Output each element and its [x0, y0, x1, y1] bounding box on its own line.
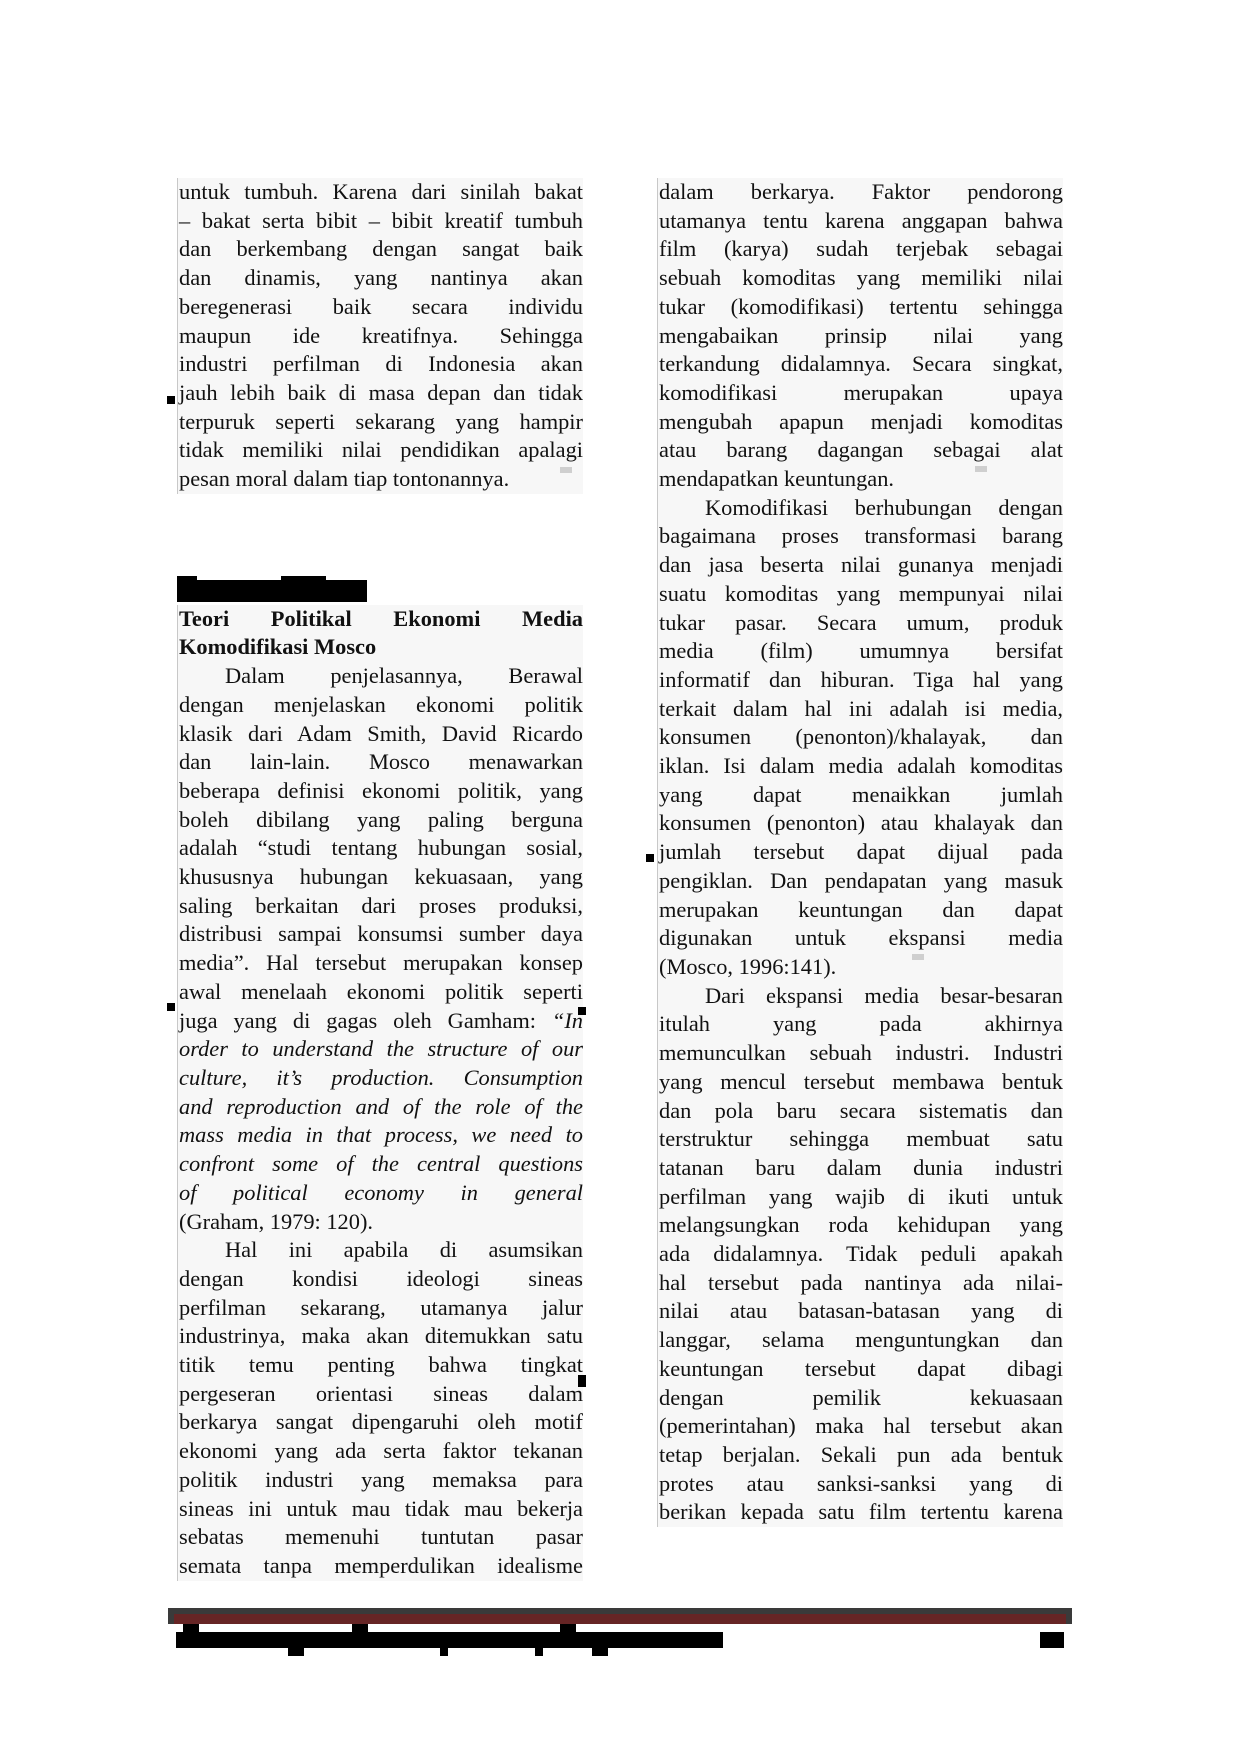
text-line: mengabaikan prinsip nilai yang — [659, 322, 1063, 351]
quote-intro: juga yang di gagas oleh Gamham: — [179, 1008, 552, 1033]
heading-line: Komodifikasi Mosco — [179, 633, 583, 662]
text-line: berkarya sangat dipengaruhi oleh motif — [179, 1408, 583, 1437]
section-spacer — [177, 494, 583, 580]
text-line: konsumen (penonton)/khalayak, dan — [659, 723, 1063, 752]
redaction-block — [560, 1624, 576, 1632]
anchor-marker — [167, 396, 175, 404]
text-line: komodifikasi merupakan upaya — [659, 379, 1063, 408]
text-line: ekonomi yang ada serta faktor tekanan — [179, 1437, 583, 1466]
text-line: merupakan keuntungan dan dapat — [659, 896, 1063, 925]
text-line: Dalam penjelasannya, Berawal — [179, 662, 583, 691]
footer-rule — [168, 1608, 1072, 1624]
anchor-marker — [578, 1375, 586, 1387]
quote-line: culture, it’s production. Consumption — [179, 1064, 583, 1093]
redaction-block — [592, 1648, 608, 1656]
text-line: untuk tumbuh. Karena dari sinilah bakat — [179, 178, 583, 207]
text-line: – bakat serta bibit – bibit kreatif tumb… — [179, 207, 583, 236]
text-line: terstruktur sehingga membuat satu — [659, 1125, 1063, 1154]
text-line: hal tersebut pada nantinya ada nilai- — [659, 1269, 1063, 1298]
text-line: dengan pemilik kekuasaan — [659, 1384, 1063, 1413]
paragraph-ideology: Hal ini apabila di asumsikan dengan kond… — [177, 1236, 583, 1580]
text-line: film (karya) sudah terjebak sebagai — [659, 235, 1063, 264]
footer-rule-accent — [174, 1614, 1066, 1624]
document-page: untuk tumbuh. Karena dari sinilah bakat … — [0, 0, 1240, 1754]
text-line: protes atau sanksi-sanksi yang di — [659, 1470, 1063, 1499]
text-line: informatif dan hiburan. Tiga hal yang — [659, 666, 1063, 695]
quote-line: and reproduction and of the role of the — [179, 1093, 583, 1122]
text-line: pengiklan. Dan pendapatan yang masuk — [659, 867, 1063, 896]
redaction-block — [288, 1648, 304, 1656]
left-column: untuk tumbuh. Karena dari sinilah bakat … — [177, 178, 583, 1581]
paragraph-commodification-definition: dalam berkarya. Faktor pendorong utamany… — [657, 178, 1063, 494]
text-line: pergeseran orientasi sineas dalam — [179, 1380, 583, 1409]
quote-line: confront some of the central questions — [179, 1150, 583, 1179]
format-mark — [912, 954, 924, 960]
text-line: langgar, selama menguntungkan dan — [659, 1326, 1063, 1355]
text-line: yang mencul tersebut membawa bentuk — [659, 1068, 1063, 1097]
text-line: dengan kondisi ideologi sineas — [179, 1265, 583, 1294]
text-line: dan berkembang dengan sangat baik — [179, 235, 583, 264]
text-line: tatanan baru dalam dunia industri — [659, 1154, 1063, 1183]
quote-line: of political economy in general — [179, 1179, 583, 1208]
text-line: khususnya hubungan kekuasaan, yang — [179, 863, 583, 892]
text-line: Hal ini apabila di asumsikan — [179, 1236, 583, 1265]
text-line: keuntungan tersebut dapat dibagi — [659, 1355, 1063, 1384]
citation: (Graham, 1979: 120). — [179, 1208, 583, 1237]
paragraph-political-economy: Dalam penjelasannya, Berawal dengan menj… — [177, 662, 583, 1236]
right-column: dalam berkarya. Faktor pendorong utamany… — [657, 178, 1063, 1527]
redaction-block — [183, 1624, 199, 1632]
section-heading: Teori Politikal Ekonomi Media Komodifika… — [177, 605, 583, 662]
text-line: saling berkaitan dari proses produksi, — [179, 892, 583, 921]
text-line: suatu komoditas yang mempunyai nilai — [659, 580, 1063, 609]
redaction-block — [535, 1648, 543, 1656]
anchor-marker — [646, 854, 654, 862]
paragraph-media-expansion: Dari ekspansi media besar-besaran itulah… — [657, 982, 1063, 1527]
text-line: sineas ini untuk mau tidak mau bekerja — [179, 1495, 583, 1524]
text-line: media”. Hal tersebut merupakan konsep — [179, 949, 583, 978]
citation: (Mosco, 1996:141). — [659, 953, 1063, 982]
text-line: industri perfilman di Indonesia akan — [179, 350, 583, 379]
text-line: Komodifikasi berhubungan dengan — [659, 494, 1063, 523]
text-line: dengan menjelaskan ekonomi politik — [179, 691, 583, 720]
redacted-section-label — [177, 580, 367, 602]
text-line: semata tanpa memperdulikan idealisme — [179, 1552, 583, 1581]
paragraph-commodification-process: Komodifikasi berhubungan dengan bagaiman… — [657, 494, 1063, 982]
text-line: pesan moral dalam tiap tontonannya. — [179, 465, 583, 494]
text-line: tetap berjalan. Sekali pun ada bentuk — [659, 1441, 1063, 1470]
text-line: adalah “studi tentang hubungan sosial, — [179, 834, 583, 863]
text-line: dan jasa beserta nilai gunanya menjadi — [659, 551, 1063, 580]
text-line: boleh dibilang yang paling berguna — [179, 806, 583, 835]
anchor-marker — [167, 1003, 175, 1011]
text-line: terkait dalam hal ini adalah isi media, — [659, 695, 1063, 724]
text-line: sebatas memenuhi tuntutan pasar — [179, 1523, 583, 1552]
text-line: terkandung didalamnya. Secara singkat, — [659, 350, 1063, 379]
paragraph-continuation: untuk tumbuh. Karena dari sinilah bakat … — [177, 178, 583, 494]
text-line: dan pola baru secara sistematis dan — [659, 1097, 1063, 1126]
text-line: mengubah apapun menjadi komoditas — [659, 408, 1063, 437]
text-line: dalam berkarya. Faktor pendorong — [659, 178, 1063, 207]
text-line: mendapatkan keuntungan. — [659, 465, 1063, 494]
text-line: iklan. Isi dalam media adalah komoditas — [659, 752, 1063, 781]
text-line: sebuah komoditas yang memiliki nilai — [659, 264, 1063, 293]
redaction-block — [176, 1632, 723, 1648]
text-line: dan dinamis, yang nantinya akan — [179, 264, 583, 293]
text-line: titik temu penting bahwa tingkat — [179, 1351, 583, 1380]
text-line: jumlah tersebut dapat dijual pada — [659, 838, 1063, 867]
text-line: tukar pasar. Secara umum, produk — [659, 609, 1063, 638]
text-line: juga yang di gagas oleh Gamham: “In — [179, 1007, 583, 1036]
format-mark — [975, 466, 987, 472]
text-line: jauh lebih baik di masa depan dan tidak — [179, 379, 583, 408]
text-line: beberapa definisi ekonomi politik, yang — [179, 777, 583, 806]
text-line: terpuruk seperti sekarang yang hampir — [179, 408, 583, 437]
text-line: melangsungkan roda kehidupan yang — [659, 1211, 1063, 1240]
text-line: nilai atau batasan-batasan yang di — [659, 1297, 1063, 1326]
text-line: bagaimana proses transformasi barang — [659, 522, 1063, 551]
text-line: yang dapat menaikkan jumlah — [659, 781, 1063, 810]
text-line: distribusi sampai konsumsi sumber daya — [179, 920, 583, 949]
text-line: ada didalamnya. Tidak peduli apakah — [659, 1240, 1063, 1269]
text-line: awal menelaah ekonomi politik seperti — [179, 978, 583, 1007]
text-line: utamanya tentu karena anggapan bahwa — [659, 207, 1063, 236]
redaction-block — [440, 1648, 448, 1656]
footer-page-number-redacted — [1040, 1632, 1064, 1648]
text-line: Dari ekspansi media besar-besaran — [659, 982, 1063, 1011]
text-line: (pemerintahan) maka hal tersebut akan — [659, 1412, 1063, 1441]
text-line: industrinya, maka akan ditemukkan satu — [179, 1322, 583, 1351]
text-line: tukar (komodifikasi) tertentu sehingga — [659, 293, 1063, 322]
text-line: perfilman sekarang, utamanya jalur — [179, 1294, 583, 1323]
quote-line: order to understand the structure of our — [179, 1035, 583, 1064]
text-line: digunakan untuk ekspansi media — [659, 924, 1063, 953]
text-line: maupun ide kreatifnya. Sehingga — [179, 322, 583, 351]
text-line: perfilman yang wajib di ikuti untuk — [659, 1183, 1063, 1212]
text-line: atau barang dagangan sebagai alat — [659, 436, 1063, 465]
text-line: berikan kepada satu film tertentu karena — [659, 1498, 1063, 1527]
format-mark — [560, 467, 572, 473]
text-line: memunculkan sebuah industri. Industri — [659, 1039, 1063, 1068]
quote-line: mass media in that process, we need to — [179, 1121, 583, 1150]
text-line: beregenerasi baik secara individu — [179, 293, 583, 322]
text-line: tidak memiliki nilai pendidikan apalagi — [179, 436, 583, 465]
text-line: klasik dari Adam Smith, David Ricardo — [179, 720, 583, 749]
text-line: itulah yang pada akhirnya — [659, 1010, 1063, 1039]
text-line: konsumen (penonton) atau khalayak dan — [659, 809, 1063, 838]
text-line: politik industri yang memaksa para — [179, 1466, 583, 1495]
anchor-marker — [578, 1007, 586, 1015]
heading-line: Teori Politikal Ekonomi Media — [179, 605, 583, 634]
redaction-block — [352, 1624, 368, 1632]
text-line: media (film) umumnya bersifat — [659, 637, 1063, 666]
text-line: dan lain-lain. Mosco menawarkan — [179, 748, 583, 777]
